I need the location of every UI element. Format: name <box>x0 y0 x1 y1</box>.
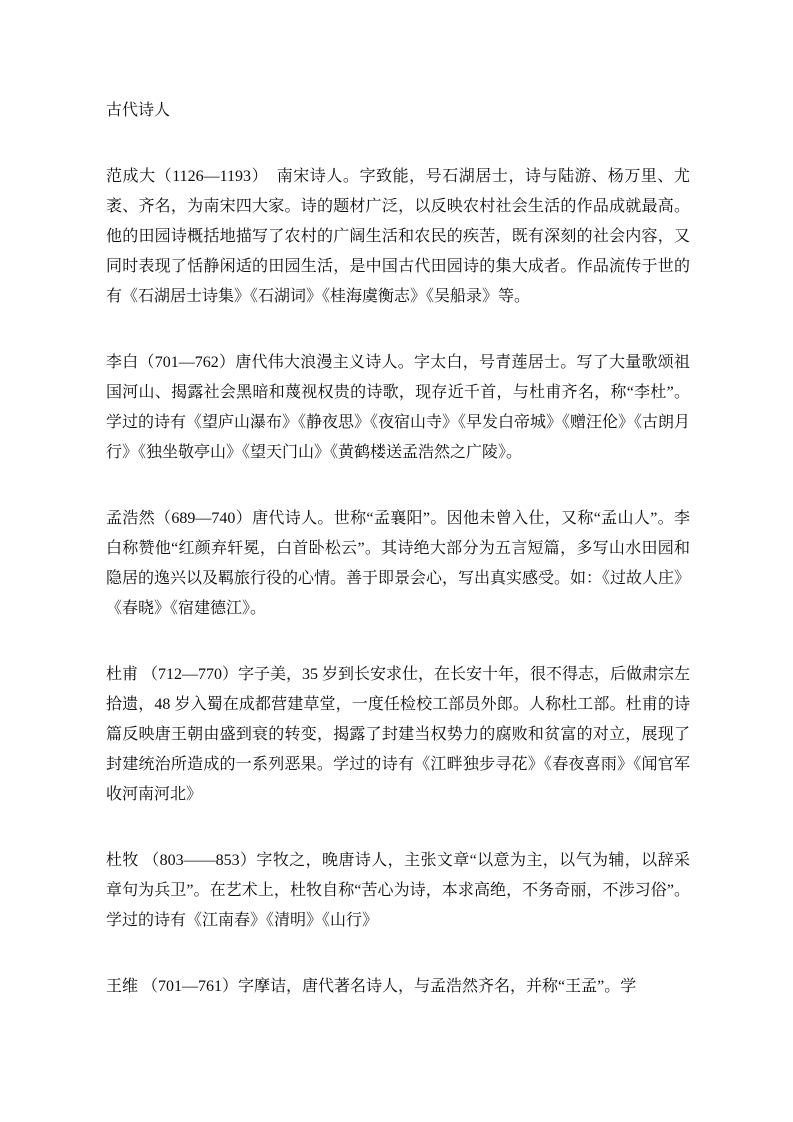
document-title: 古代诗人 <box>106 96 690 126</box>
paragraph-du-mu: 杜牧 （803——853）字牧之，晚唐诗人，主张文章“以意为主，以气为辅，以辞采… <box>106 846 690 936</box>
paragraph-wang-wei: 王维 （701—761）字摩诘，唐代著名诗人，与孟浩然齐名，并称“王孟”。学 <box>106 972 690 1002</box>
paragraph-li-bai: 李白（701—762）唐代伟大浪漫主义诗人。字太白，号青莲居士。写了大量歌颂祖国… <box>106 348 690 468</box>
paragraph-fan-chengda: 范成大（1126—1193） 南宋诗人。字致能，号石湖居士，诗与陆游、杨万里、尤… <box>106 162 690 312</box>
document-page: 古代诗人 范成大（1126—1193） 南宋诗人。字致能，号石湖居士，诗与陆游、… <box>0 0 793 1122</box>
paragraph-meng-haoran: 孟浩然（689—740）唐代诗人。世称“孟襄阳”。因他未曾入仕，又称“孟山人”。… <box>106 504 690 624</box>
paragraph-du-fu: 杜甫 （712—770）字子美，35 岁到长安求仕，在长安十年，很不得志，后做肃… <box>106 660 690 810</box>
